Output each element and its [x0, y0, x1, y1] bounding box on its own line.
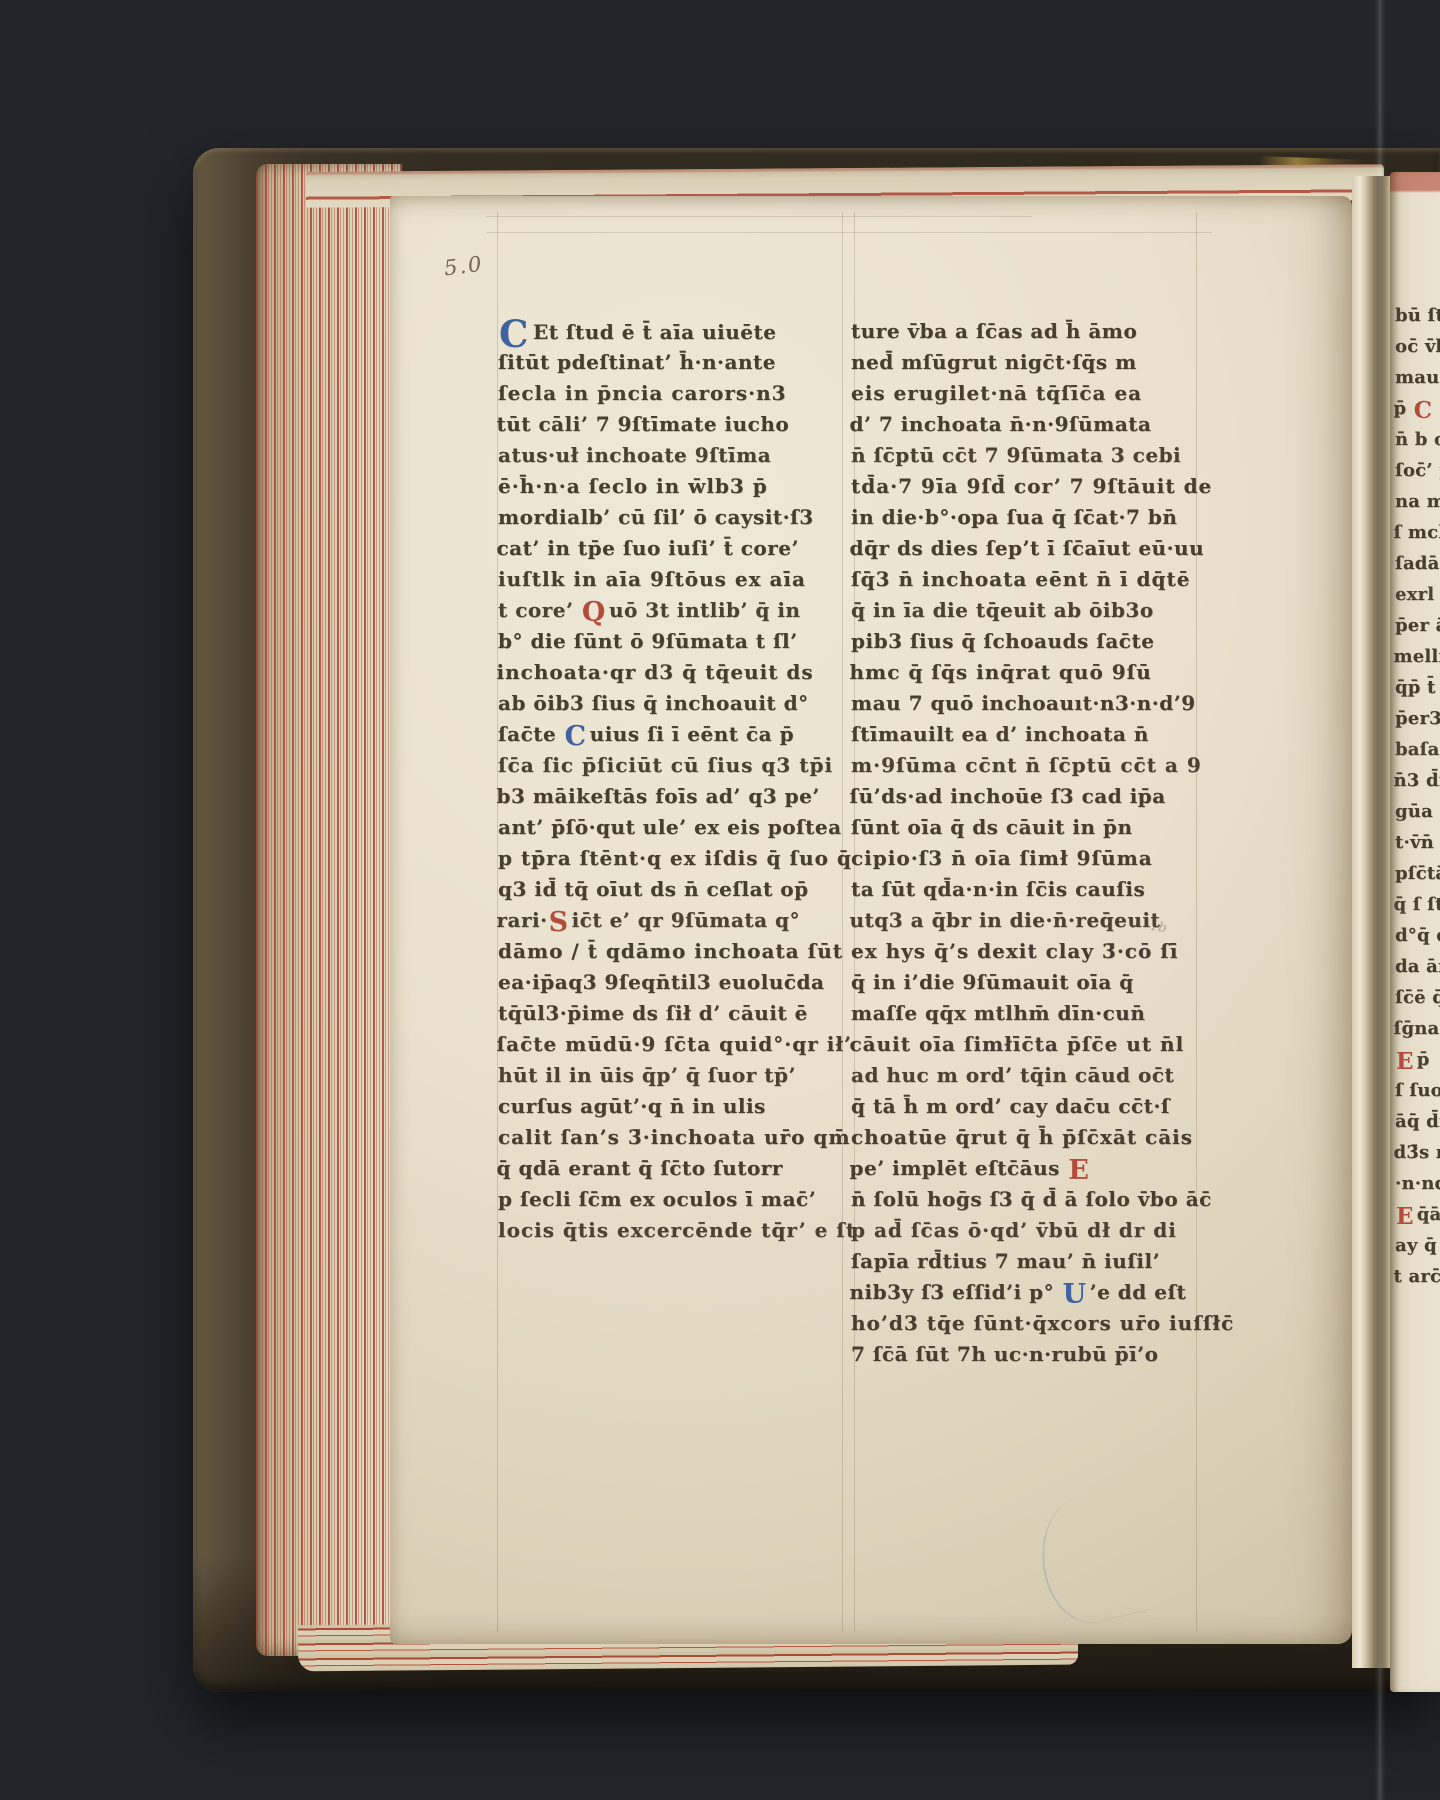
- manuscript-text-line: q̄ in i’die 9ſūmauit oīa q̄: [851, 967, 1199, 998]
- gothic-text: t core’: [498, 598, 581, 622]
- manuscript-text-line: maſſe qq̄x mtlhm̄ dīn·cun̄: [851, 998, 1199, 1029]
- manuscript-text-line: ſc̄ē q̄a: [1395, 982, 1440, 1013]
- manuscript-text-line: ho’d3 tq̄e ſūnt·q̄xcors ur̄o iuſſłc̄: [851, 1308, 1199, 1339]
- manuscript-text-line: in die·b°·opa ſua q̄ ſc̄at·7 bn̄: [851, 502, 1199, 533]
- manuscript-text-line: q̄ ſ ſtm̄: [1394, 889, 1440, 920]
- gothic-text: ſecla in p̄ncia carors·n3: [498, 381, 787, 405]
- manuscript-text-line: ſac̄te mūdū·9 ſc̄ta quid°·qr ił’: [497, 1029, 845, 1060]
- manuscript-text-line: q̄p̄ t̄ ſ: [1395, 672, 1440, 703]
- header-rule: [486, 232, 1212, 233]
- gothic-text: n̄ ſolū hoḡs ſ3 q̄ d̄ ā ſolo v̄bo āc̄: [851, 1187, 1212, 1211]
- gothic-text: rari·: [497, 908, 548, 932]
- gothic-text: n̄3 d̄ı: [1394, 770, 1440, 791]
- manuscript-text-line: iuſtlk in aīa 9ſtōus ex aīa: [498, 564, 846, 595]
- gothic-text: utq3 a q̄br in die·n̄·req̄euit: [850, 908, 1161, 932]
- manuscript-text-line: p̄er3 q̄: [1395, 703, 1440, 734]
- manuscript-text-line: mau 7 quō inchoauıt·n3·n·d’9: [851, 688, 1199, 719]
- gothic-text: q3 id̄ tq̄ oīut ds n̄ ceſlat op̄: [498, 877, 809, 901]
- gothic-text: ho’d3 tq̄e ſūnt·q̄xcors ur̄o iuſſłc̄: [851, 1311, 1234, 1335]
- gothic-text: n̄ b oc̄: [1395, 429, 1440, 450]
- gothic-text: ſḡnal’: [1394, 1018, 1440, 1039]
- manuscript-text-line: ſc̄a ſic p̄ſiciūt cū ſius q3 tp̄i: [498, 750, 846, 781]
- manuscript-text-line: q3 id̄ tq̄ oīut ds n̄ ceſlat op̄: [498, 874, 846, 905]
- manuscript-text-line: rari·Sic̄t e’ qr 9ſūmata q°: [497, 905, 845, 936]
- gothic-text: p̄er āt: [1395, 615, 1440, 636]
- gothic-text: ture v̄ba a ſc̄as ad h̄ āmo: [851, 319, 1137, 343]
- manuscript-text-line: cipio·ſ3 n̄ oīa ſimł 9ſūma: [851, 843, 1199, 874]
- manuscript-text-line: ſū’ds·ad inchoūe ſ3 cad ip̄a: [850, 781, 1198, 812]
- gothic-text: in die·b°·opa ſua q̄ ſc̄at·7 bn̄: [851, 505, 1177, 529]
- manuscript-text-line: utq3 a q̄br in die·n̄·req̄euit: [850, 905, 1198, 936]
- manuscript-text-line: b3 māikeſtās foīs ad’ q3 pe’: [497, 781, 845, 812]
- gothic-text: d’ 7 inchoata n̄·n·9ſūmata: [850, 412, 1152, 436]
- illuminated-initial: S: [549, 909, 569, 936]
- gothic-text: ſitūt pdeſtinat’ h̄·n·ante: [498, 350, 776, 374]
- gothic-text: q̄ ſ ſtm̄: [1394, 894, 1440, 915]
- manuscript-text-line: ad huc m ord’ tq̄in cāud oc̄t: [851, 1060, 1199, 1091]
- manuscript-text-line: pib3 ſius q̄ ſchoauds ſac̄te: [851, 626, 1199, 657]
- manuscript-text-line: CEt ſtud ē t̄ aīa uiuēte: [498, 316, 846, 347]
- gothic-text: q̄ qdā erant q̄ ſc̄to ſutorr: [497, 1156, 783, 1180]
- manuscript-text-line: mau’: [1395, 362, 1440, 393]
- gothic-text: ſ ſuo’: [1395, 1080, 1440, 1101]
- gothic-text: pſc̄tā d: [1395, 863, 1440, 884]
- manuscript-text-line: inchoata·qr d3 q̄ tq̄euit ds: [497, 657, 845, 688]
- manuscript-text-line: cat’ in tp̄e ſuo iuſi’ t̄ core’: [497, 533, 845, 564]
- manuscript-text-line: ture v̄ba a ſc̄as ad h̄ āmo: [851, 316, 1199, 347]
- manuscript-text-line: q̄ tā h̄ m ord’ cay dac̄u cc̄t·ſ: [851, 1091, 1199, 1122]
- illuminated-initial: E: [1068, 1157, 1089, 1184]
- gothic-text: p̄er3 q̄: [1395, 708, 1440, 729]
- manuscript-text-line: p tp̄ra ſtēnt·q ex iſdis q̄ ſuo q̄: [498, 843, 846, 874]
- gothic-text: mau 7 quō inchoauıt·n3·n·d’9: [851, 691, 1196, 715]
- manuscript-text-line: p̄ C: [1394, 393, 1440, 424]
- gothic-text: 7 ſc̄ā ſūt 7h uc·n·rubū p̄ī’o: [851, 1342, 1158, 1366]
- gothic-text: choatūe q̄rut q̄ h̄ p̄ſc̄xāt cāis: [851, 1125, 1193, 1149]
- manuscript-text-line: oc̄ v̄b: [1395, 331, 1440, 362]
- manuscript-text-line: atus·uł inchoate 9ſtīma: [498, 440, 846, 471]
- illuminated-initial: C: [1414, 399, 1433, 422]
- next-page-edge: bū ſtioc̄ v̄bmau’p̄ Cn̄ b oc̄ſoc̄’ p̄na …: [1390, 172, 1440, 1692]
- gothic-text: p tp̄ra ſtēnt·q ex iſdis q̄ ſuo q̄: [498, 846, 852, 870]
- gothic-text: t·v̄n̄ ſ: [1395, 832, 1440, 853]
- gothic-text: ic̄t e’ qr 9ſūmata q°: [572, 908, 800, 932]
- gothic-text: cat’ in tp̄e ſuo iuſi’ t̄ core’: [497, 536, 799, 560]
- gothic-text: uius ſi ī eēnt c̄a p̄: [590, 722, 794, 746]
- gothic-text: curſus agūt’·q n̄ in ulis: [498, 1094, 766, 1118]
- gothic-text: ant’ p̄ſō·qut ule’ ex eis poſtea: [498, 815, 842, 839]
- manuscript-text-line: āq̄ d̄m: [1395, 1106, 1440, 1137]
- gothic-text: oc̄ v̄b: [1395, 336, 1440, 357]
- next-page-text: bū ſtioc̄ v̄bmau’p̄ Cn̄ b oc̄ſoc̄’ p̄na …: [1395, 300, 1440, 1292]
- manuscript-text-line: hmc q̄ ſq̄s inq̄rat quō 9ſū: [850, 657, 1198, 688]
- manuscript-text-line: ſtīmauilt ea d’ inchoata n̄: [851, 719, 1199, 750]
- gothic-text: ad huc m ord’ tq̄in cāud oc̄t: [851, 1063, 1174, 1087]
- gothic-text: q̄ in i’die 9ſūmauit oīa q̄: [851, 970, 1134, 994]
- manuscript-text-line: p̄er āt: [1395, 610, 1440, 641]
- fore-edge-page-stack: [256, 164, 402, 1656]
- gothic-text: b° die ſūnt ō 9ſūmata t ſl’: [498, 629, 798, 653]
- manuscript-text-line: Ep̄: [1395, 1044, 1440, 1075]
- manuscript-text-line: ſadā: [1395, 548, 1440, 579]
- gothic-text: eis erugilet·nā tq̄ſīc̄a ea: [851, 381, 1142, 405]
- manuscript-text-line: nib3y ſ3 eſſid’i p° U’e dd eſt: [850, 1277, 1198, 1308]
- manuscript-text-line: ē·h̄·n·a ſeclo in w̄lb3 p̄: [498, 471, 846, 502]
- manuscript-text-line: ſūnt oīa q̄ ds cāuit in p̄n: [851, 812, 1199, 843]
- manuscript-text-line: mordialb’ cū ſil’ ō caysit·ſ3: [498, 502, 846, 533]
- gothic-text: āq̄ d̄m: [1395, 1111, 1440, 1132]
- gothic-text: p̄: [1394, 398, 1413, 419]
- gothic-text: b3 māikeſtās foīs ad’ q3 pe’: [497, 784, 820, 808]
- gothic-text: hmc q̄ ſq̄s inq̄rat quō 9ſū: [850, 660, 1152, 684]
- manuscript-text-line: q̄ in īa die tq̄euit ab ōib3o: [851, 595, 1199, 626]
- gothic-text: bū ſti: [1395, 305, 1440, 326]
- gothic-text: ſapīa rd̄tius 7 mau’ n̄ iuſil’: [851, 1249, 1160, 1273]
- manuscript-text-line: n̄ ſc̄ptū cc̄t 7 9ſūmata 3 cebi: [851, 440, 1199, 471]
- gothic-text: exrl le: [1395, 584, 1440, 605]
- gothic-text: ſac̄te mūdū·9 ſc̄ta quid°·qr ił’: [497, 1032, 853, 1056]
- manuscript-text-line: b° die ſūnt ō 9ſūmata t ſl’: [498, 626, 846, 657]
- text-column-left: CEt ſtud ē t̄ aīa uiuēteſitūt pdeſtinat’…: [498, 316, 846, 1246]
- manuscript-text-line: choatūe q̄rut q̄ h̄ p̄ſc̄xāt cāis: [851, 1122, 1199, 1153]
- manuscript-text-line: cāuit oīa ſimłīc̄ta p̄ſc̄e ut n̄l: [850, 1029, 1198, 1060]
- manuscript-text-line: ſḡnal’: [1394, 1013, 1440, 1044]
- gothic-text: ſūnt oīa q̄ ds cāuit in p̄n: [851, 815, 1133, 839]
- manuscript-text-line: pſc̄tā d: [1395, 858, 1440, 889]
- manuscript-text-line: curſus agūt’·q n̄ in ulis: [498, 1091, 846, 1122]
- manuscript-text-line: t·v̄n̄ ſ: [1395, 827, 1440, 858]
- manuscript-text-line: ant’ p̄ſō·qut ule’ ex eis poſtea: [498, 812, 846, 843]
- gothic-text: dāmo / t̄ qdāmo inchoata ſūt: [498, 939, 843, 963]
- gothic-text: ea·ip̄aq3 9ſeqn̄til3 euoluc̄da: [498, 970, 825, 994]
- gothic-text: d3̄s m: [1394, 1142, 1440, 1163]
- gothic-text: ab ōib3 ſius q̄ inchoauit d°: [498, 691, 809, 715]
- gothic-text: hūt il in ūis q̄p’ q̄ ſuor tp̄’: [498, 1063, 796, 1087]
- gothic-text: iuſtlk in aīa 9ſtōus ex aīa: [498, 567, 806, 591]
- gothic-text: ex hys q̄’s dexit clay 3̄·cō ſī: [851, 939, 1178, 963]
- manuscript-text-line: p ad̄ ſc̄as ō·qd’ v̄bū dł dr di: [851, 1215, 1199, 1246]
- manuscript-text-line: ex hys q̄’s dexit clay 3̄·cō ſī: [851, 936, 1199, 967]
- gothic-text: m·9ſūma cc̄nt n̄ ſc̄ptū cc̄t a 9: [851, 753, 1202, 777]
- manuscript-text-line: ſac̄te Cuius ſi ī eēnt c̄a p̄: [498, 719, 846, 750]
- gothic-text: ·n·nd̄: [1395, 1173, 1440, 1194]
- manuscript-text-line: bū ſti: [1395, 300, 1440, 331]
- manuscript-text-line: calit ſan’s 3̄·inchoata ur̄o qm̄: [498, 1122, 846, 1153]
- manuscript-text-line: n̄3 d̄ı: [1394, 765, 1440, 796]
- manuscript-text-line: dq̄r ds dies ſep’t ī ſc̄aīut eū·uu: [850, 533, 1198, 564]
- gothic-text: ſ mcl: [1394, 522, 1440, 543]
- manuscript-text-line: eis erugilet·nā tq̄ſīc̄a ea: [851, 378, 1199, 409]
- manuscript-text-line: d’ 7 inchoata n̄·n·9ſūmata: [850, 409, 1198, 440]
- manuscript-text-line: m·9ſūma cc̄nt n̄ ſc̄ptū cc̄t a 9: [851, 750, 1199, 781]
- manuscript-text-line: hūt il in ūis q̄p’ q̄ ſuor tp̄’: [498, 1060, 846, 1091]
- manuscript-text-line: dāmo / t̄ qdāmo inchoata ſūt: [498, 936, 846, 967]
- manuscript-text-line: ſq̄3 n̄ inchoata eēnt n̄ ī dq̄tē: [851, 564, 1199, 595]
- manuscript-text-line: na mq̄: [1395, 486, 1440, 517]
- gothic-text: cāuit oīa ſimłīc̄ta p̄ſc̄e ut n̄l: [850, 1032, 1185, 1056]
- manuscript-text-line: p ſecli ſc̄m ex oculos ī mac̄’: [498, 1184, 846, 1215]
- gothic-text: ē·h̄·n·a ſeclo in w̄lb3 p̄: [498, 474, 768, 498]
- gothic-text: pib3 ſius q̄ ſchoauds ſac̄te: [851, 629, 1154, 653]
- gothic-text: q̄ in īa die tq̄euit ab ōib3o: [851, 598, 1154, 622]
- gothic-text: n̄ ſc̄ptū cc̄t 7 9ſūmata 3 cebi: [851, 443, 1181, 467]
- manuscript-text-line: da ām̄: [1395, 951, 1440, 982]
- gothic-text: mellm: [1394, 646, 1440, 667]
- gothic-text: tūt cāli’ 7 9ſtīmate iucho: [497, 412, 790, 436]
- gothic-text: mau’: [1395, 367, 1440, 388]
- manuscript-text-line: ta ſūt qd̄a·n·in ſc̄is cauſis: [851, 874, 1199, 905]
- gothic-text: ’e dd eſt: [1090, 1280, 1187, 1304]
- gothic-text: ſadā: [1395, 553, 1439, 574]
- gothic-text: baſa ſ: [1395, 739, 1440, 760]
- gothic-text: na mq̄: [1395, 491, 1440, 512]
- manuscript-text-line: baſa ſ: [1395, 734, 1440, 765]
- manuscript-text-line: ſecla in p̄ncia carors·n3: [498, 378, 846, 409]
- gothic-text: d°q̄ q: [1395, 925, 1440, 946]
- manuscript-text-line: ·n·nd̄: [1395, 1168, 1440, 1199]
- manuscript-photo: 5.0 CEt ſtud ē t̄ aīa uiuēteſitūt pdeſti…: [0, 0, 1440, 1800]
- gothic-text: ſq̄3 n̄ inchoata eēnt n̄ ī dq̄tē: [851, 567, 1190, 591]
- gothic-text: p ſecli ſc̄m ex oculos ī mac̄’: [498, 1187, 816, 1211]
- gothic-text: t arc̄e: [1394, 1266, 1440, 1287]
- manuscript-text-line: n̄ b oc̄: [1395, 424, 1440, 455]
- gothic-text: Et ſtud ē t̄ aīa uiuēte: [533, 320, 777, 344]
- gothic-text: cipio·ſ3 n̄ oīa ſimł 9ſūma: [851, 846, 1153, 870]
- gothic-text: td̄a·7 9īa 9ſd̄ cor’ 7 9ſtāuit de: [851, 474, 1212, 498]
- manuscript-text-line: t arc̄e: [1394, 1261, 1440, 1292]
- gothic-text: calit ſan’s 3̄·inchoata ur̄o qm̄: [498, 1125, 851, 1149]
- manuscript-text-line: d3̄s m: [1394, 1137, 1440, 1168]
- illuminated-initial: E: [1396, 1050, 1414, 1073]
- manuscript-text-line: ſapīa rd̄tius 7 mau’ n̄ iuſil’: [851, 1246, 1199, 1277]
- gothic-text: ſc̄a ſic p̄ſiciūt cū ſius q3 tp̄i: [498, 753, 833, 777]
- gothic-text: q̄ tā h̄ m ord’ cay dac̄u cc̄t·ſ: [851, 1094, 1170, 1118]
- manuscript-text-line: td̄a·7 9īa 9ſd̄ cor’ 7 9ſtāuit de: [851, 471, 1199, 502]
- manuscript-text-line: ab ōib3 ſius q̄ inchoauit d°: [498, 688, 846, 719]
- manuscript-text-line: d°q̄ q: [1395, 920, 1440, 951]
- gothic-text: locis q̄tis excercēnde tq̄r’ e ſt: [498, 1218, 856, 1242]
- manuscript-text-line: ned̄ mſūgrut nigc̄t·ſq̄s m: [851, 347, 1199, 378]
- manuscript-text-line: ſ ſuo’: [1395, 1075, 1440, 1106]
- manuscript-text-line: ſ mcl: [1394, 517, 1440, 548]
- gothic-text: tq̄ūl3·p̄ime ds ſił d’ cāuit ē: [498, 1001, 808, 1025]
- manuscript-text-line: tūt cāli’ 7 9ſtīmate iucho: [497, 409, 845, 440]
- manuscript-text-line: 7 ſc̄ā ſūt 7h uc·n·rubū p̄ī’o: [851, 1339, 1199, 1370]
- manuscript-page: 5.0 CEt ſtud ē t̄ aīa uiuēteſitūt pdeſti…: [390, 196, 1352, 1644]
- gothic-text: p ad̄ ſc̄as ō·qd’ v̄bū dł dr di: [851, 1218, 1177, 1242]
- gothic-text: gūa q̄: [1395, 801, 1440, 822]
- manuscript-text-line: ea·ip̄aq3 9ſeqn̄til3 euoluc̄da: [498, 967, 846, 998]
- manuscript-text-line: t core’ Quō 3t intlib’ q̄ in: [498, 595, 846, 626]
- folio-number: 5.0: [443, 252, 485, 281]
- illuminated-initial: C: [565, 723, 587, 750]
- gothic-text: q̄ā: [1417, 1204, 1440, 1225]
- gothic-text: ſtīmauilt ea d’ inchoata n̄: [851, 722, 1149, 746]
- gothic-text: ſū’ds·ad inchoūe ſ3 cad ip̄a: [850, 784, 1166, 808]
- manuscript-text-line: q̄ qdā erant q̄ ſc̄to ſutorr: [497, 1153, 845, 1184]
- manuscript-text-line: pe’ implēt eſtc̄āus E: [850, 1153, 1198, 1184]
- gothic-text: atus·uł inchoate 9ſtīma: [498, 443, 771, 467]
- gothic-text: uō 3t intlib’ q̄ in: [609, 598, 801, 622]
- manuscript-text-line: tq̄ūl3·p̄ime ds ſił d’ cāuit ē: [498, 998, 846, 1029]
- gothic-text: inchoata·qr d3 q̄ tq̄euit ds: [497, 660, 814, 684]
- glass-reflection: [1374, 0, 1386, 1800]
- gothic-text: ned̄ mſūgrut nigc̄t·ſq̄s m: [851, 350, 1137, 374]
- ink-squiggle: [1028, 1487, 1150, 1633]
- illuminated-initial: Q: [582, 599, 606, 626]
- gothic-text: nib3y ſ3 eſſid’i p°: [850, 1280, 1062, 1304]
- gothic-text: ta ſūt qd̄a·n·in ſc̄is cauſis: [851, 877, 1145, 901]
- text-column-right: ture v̄ba a ſc̄as ad h̄ āmoned̄ mſūgrut …: [851, 316, 1199, 1370]
- gothic-text: maſſe qq̄x mtlhm̄ dīn·cun̄: [851, 1001, 1145, 1025]
- marginal-mark: 1b: [1149, 919, 1168, 936]
- illuminated-initial: U: [1063, 1281, 1087, 1308]
- manuscript-text-line: n̄ ſolū hoḡs ſ3 q̄ d̄ ā ſolo v̄bo āc̄: [851, 1184, 1199, 1215]
- gothic-text: ſoc̄’ p̄: [1395, 460, 1440, 481]
- gothic-text: dq̄r ds dies ſep’t ī ſc̄aīut eū·uu: [850, 536, 1205, 560]
- manuscript-text-line: ay q̄ d: [1395, 1230, 1440, 1261]
- manuscript-text-line: ſitūt pdeſtinat’ h̄·n·ante: [498, 347, 846, 378]
- gothic-text: ay q̄ d: [1395, 1235, 1440, 1256]
- manuscript-text-line: gūa q̄: [1395, 796, 1440, 827]
- manuscript-text-line: locis q̄tis excercēnde tq̄r’ e ſt: [498, 1215, 846, 1246]
- gothic-text: mordialb’ cū ſil’ ō caysit·ſ3: [498, 505, 814, 529]
- manuscript-text-line: exrl le: [1395, 579, 1440, 610]
- illuminated-initial: E: [1396, 1205, 1414, 1228]
- gothic-text: pe’ implēt eſtc̄āus: [850, 1156, 1068, 1180]
- header-rule: [486, 216, 1032, 217]
- gothic-text: p̄: [1417, 1049, 1430, 1070]
- manuscript-text-line: mellm: [1394, 641, 1440, 672]
- gothic-text: ſc̄ē q̄a: [1395, 987, 1440, 1008]
- manuscript-text-line: Eq̄ā: [1395, 1199, 1440, 1230]
- gothic-text: da ām̄: [1395, 956, 1440, 977]
- manuscript-text-line: ſoc̄’ p̄: [1395, 455, 1440, 486]
- gothic-text: q̄p̄ t̄ ſ: [1395, 677, 1440, 698]
- gothic-text: ſac̄te: [498, 722, 564, 746]
